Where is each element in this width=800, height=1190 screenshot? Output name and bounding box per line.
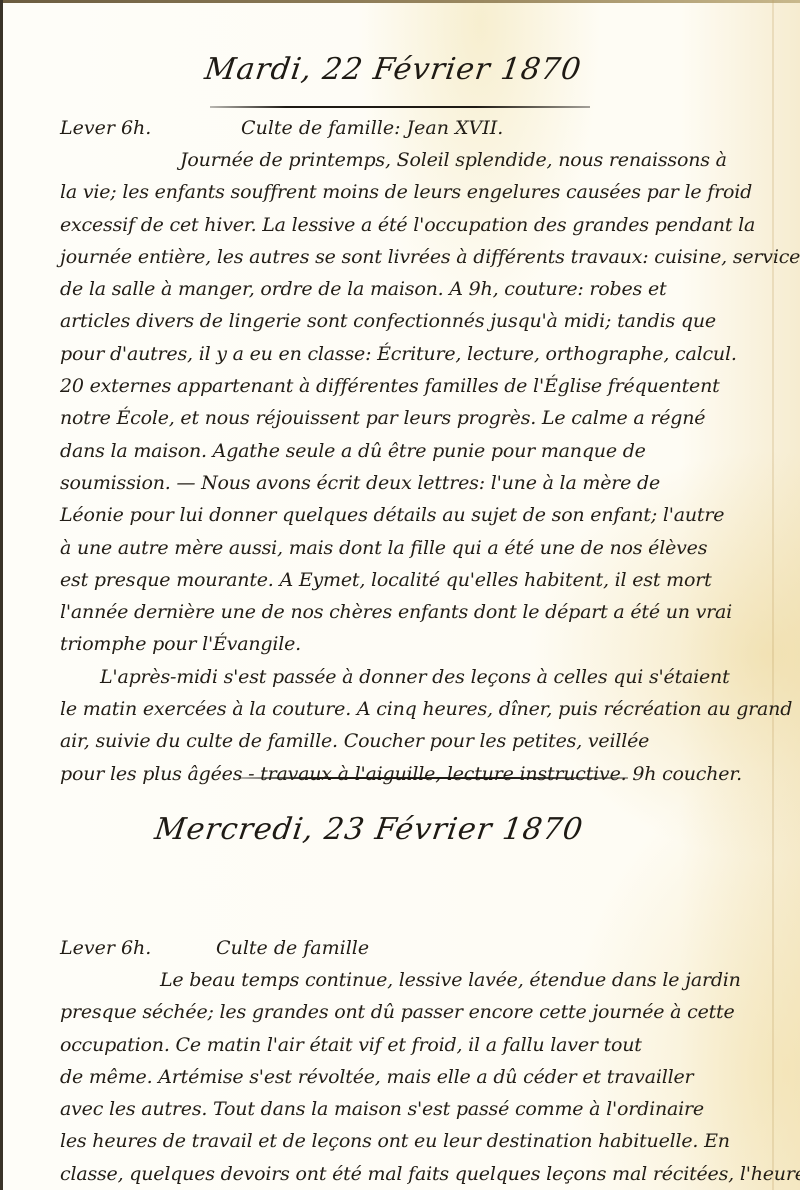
text-line: la vie; les enfants souffrent moins de l… (60, 176, 775, 208)
journal-entry-2: Lever 6h. Culte de famille Le beau temps… (60, 932, 775, 1190)
page-binding-edge (0, 0, 3, 1190)
text-line: notre École, et nous réjouissent par leu… (60, 402, 775, 434)
wake-time: Lever 6h. (60, 112, 235, 144)
entry-separator (238, 777, 628, 779)
text-line: à une autre mère aussi, mais dont la fil… (60, 532, 775, 564)
text-line: le matin exercées à la couture. A cinq h… (60, 693, 775, 725)
entry-heading: Lever 6h. Culte de famille: Jean XVII. (60, 112, 775, 144)
text-line: l'année dernière une de nos chères enfan… (60, 596, 775, 628)
text-line: excessif de cet hiver. La lessive a été … (60, 209, 775, 241)
worship-note: Culte de famille (216, 937, 369, 959)
text-line: journée entière, les autres se sont livr… (60, 241, 775, 273)
journal-page: Mardi, 22 Février 1870 Lever 6h. Culte d… (0, 0, 800, 1190)
text-line: articles divers de lingerie sont confect… (60, 305, 775, 337)
entry-date-2: Mercredi, 23 Février 1870 (153, 812, 586, 847)
text-line: classe, quelques devoirs ont été mal fai… (60, 1158, 775, 1190)
worship-note: Culte de famille: Jean XVII. (241, 117, 503, 139)
text-line: 20 externes appartenant à différentes fa… (60, 370, 775, 402)
text-line: avec les autres. Tout dans la maison s'e… (60, 1093, 775, 1125)
text-line: les heures de travail et de leçons ont e… (60, 1125, 775, 1157)
text-line: occupation. Ce matin l'air était vif et … (60, 1029, 775, 1061)
text-line: de la salle à manger, ordre de la maison… (60, 273, 775, 305)
text-line: est presque mourante. A Eymet, localité … (60, 564, 775, 596)
text-line: dans la maison. Agathe seule a dû être p… (60, 435, 775, 467)
text-line: Le beau temps continue, lessive lavée, é… (60, 964, 775, 996)
text-line: L'après-midi s'est passée à donner des l… (60, 661, 775, 693)
text-line: presque séchée; les grandes ont dû passe… (60, 996, 775, 1028)
entry-date-1: Mardi, 22 Février 1870 (203, 52, 584, 87)
wake-time: Lever 6h. (60, 932, 210, 964)
text-line: air, suivie du culte de famille. Coucher… (60, 725, 775, 757)
text-line: Journée de printemps, Soleil splendide, … (60, 144, 775, 176)
text-line: soumission. — Nous avons écrit deux lett… (60, 467, 775, 499)
journal-entry-1: Lever 6h. Culte de famille: Jean XVII. J… (60, 112, 775, 790)
text-line: pour d'autres, il y a eu en classe: Écri… (60, 338, 775, 370)
entry-heading: Lever 6h. Culte de famille (60, 932, 775, 964)
page-top-edge (0, 0, 800, 3)
text-line: pour les plus âgées - travaux à l'aiguil… (60, 758, 775, 790)
text-line: triomphe pour l'Évangile. (60, 628, 775, 660)
text-line: de même. Artémise s'est révoltée, mais e… (60, 1061, 775, 1093)
date-underline-1 (210, 106, 590, 108)
text-line: Léonie pour lui donner quelques détails … (60, 499, 775, 531)
